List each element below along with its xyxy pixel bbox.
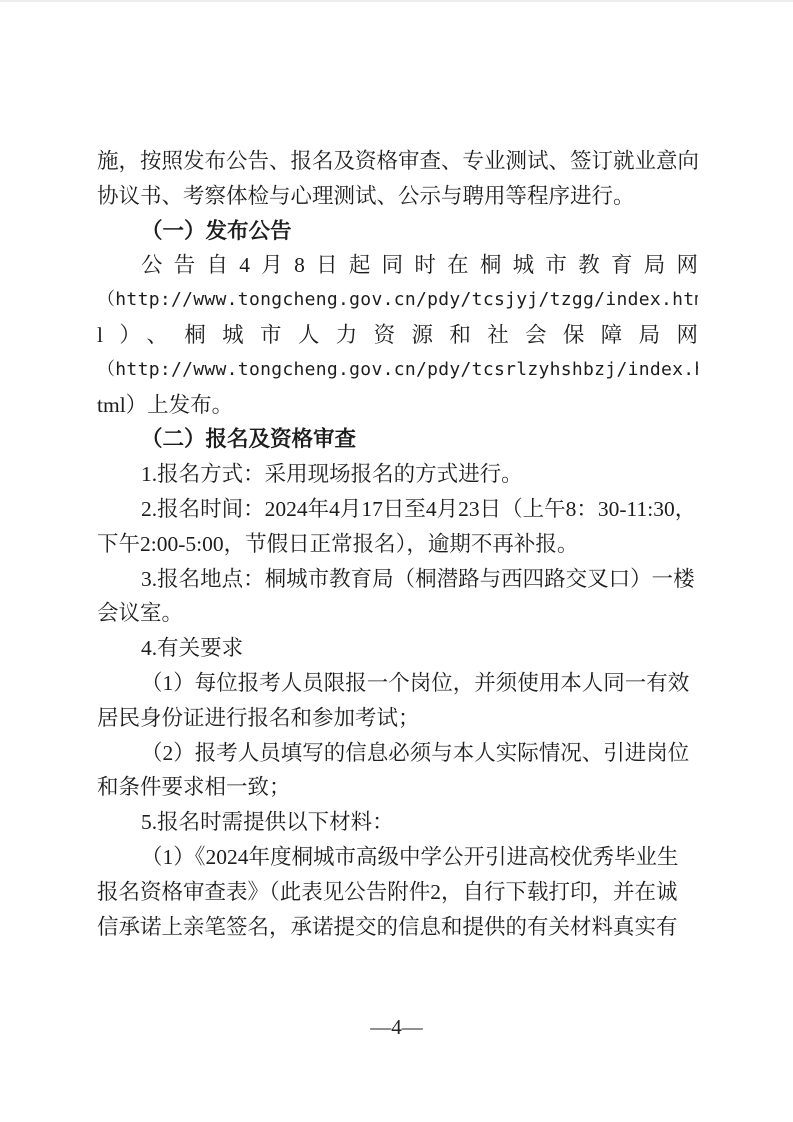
- text-line: （1）每位报考人员限报一个岗位，并须使用本人同一有效: [97, 666, 698, 701]
- text-line: 居民身份证进行报名和参加考试；: [97, 701, 698, 736]
- text-line: 4.有关要求: [97, 631, 698, 666]
- text-line: 协议书、考察体检与心理测试、公示与聘用等程序进行。: [97, 179, 698, 214]
- text-line: l）、桐城市人力资源和社会保障局网: [97, 318, 698, 353]
- text-line: 信承诺上亲笔签名，承诺提交的信息和提供的有关材料真实有: [97, 910, 698, 945]
- text-line: 5.报名时需提供以下材料：: [97, 805, 698, 840]
- text-line: tml）上发布。: [97, 388, 698, 423]
- text-line: （1）《2024年度桐城市高级中学公开引进高校优秀毕业生: [97, 840, 698, 875]
- text-line: 和条件要求相一致；: [97, 770, 698, 805]
- section-heading-2: （二）报名及资格审查: [97, 422, 698, 457]
- text-line: 2.报名时间：2024年4月17日至4月23日（上午8：30-11:30，: [97, 492, 698, 527]
- text-line: 报名资格审查表》（此表见公告附件2，自行下载打印，并在诚: [97, 875, 698, 910]
- text-line: 1.报名方式：采用现场报名的方式进行。: [97, 457, 698, 492]
- section-heading-1: （一）发布公告: [97, 214, 698, 249]
- text-line: 施，按照发布公告、报名及资格审查、专业测试、签订就业意向: [97, 144, 698, 179]
- document-body: 施，按照发布公告、报名及资格审查、专业测试、签订就业意向 协议书、考察体检与心理…: [97, 144, 698, 944]
- text-line: 会议室。: [97, 596, 698, 631]
- page-number: —4—: [0, 1010, 793, 1044]
- text-line: 下午2:00-5:00，节假日正常报名），逾期不再补报。: [97, 527, 698, 562]
- text-line: 3.报名地点：桐城市教育局（桐潜路与西四路交叉口）一楼: [97, 562, 698, 597]
- document-page: 施，按照发布公告、报名及资格审查、专业测试、签订就业意向 协议书、考察体检与心理…: [0, 0, 793, 1122]
- text-line: 公告自4月8日起同时在桐城市教育局网: [97, 248, 698, 283]
- url-line: （http://www.tongcheng.gov.cn/pdy/tcsrlzy…: [97, 353, 698, 388]
- url-line: （http://www.tongcheng.gov.cn/pdy/tcsjyj/…: [97, 283, 698, 318]
- text-line: （2）报考人员填写的信息必须与本人实际情况、引进岗位: [97, 736, 698, 771]
